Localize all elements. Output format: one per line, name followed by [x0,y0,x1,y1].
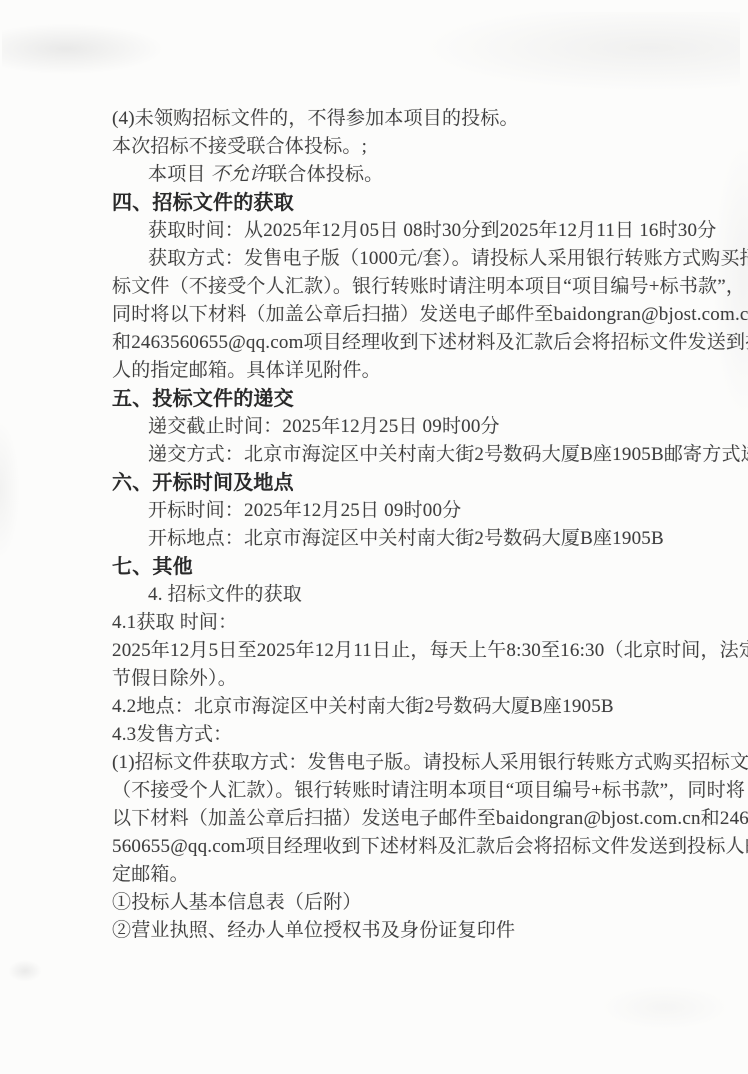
scan-noise [0,420,20,560]
emphasized-text: 不允许 [211,164,269,185]
text-line: 人的指定邮箱。具体详见附件。 [112,357,644,385]
text-line: 4.1获取 时间： [112,609,644,637]
text-line: 本项目 不允许联合体投标。 [112,161,644,189]
section-heading: 四、招标文件的获取 [112,189,644,217]
text-line: 递交截止时间：2025年12月25日 09时00分 [112,413,644,441]
scanned-document-page: (4)未领购招标文件的，不得参加本项目的投标。本次招标不接受联合体投标。;本项目… [0,0,748,1074]
text-line: 同时将以下材料（加盖公章后扫描）发送电子邮件至baidongran@bjost.… [112,301,644,329]
text-line: 和2463560655@qq.com项目经理收到下述材料及汇款后会将招标文件发送… [112,329,644,357]
section-heading: 七、其他 [112,553,644,581]
text-line: 本次招标不接受联合体投标。; [112,133,644,161]
text-line: 4. 招标文件的获取 [112,581,644,609]
document-body: (4)未领购招标文件的，不得参加本项目的投标。本次招标不接受联合体投标。;本项目… [112,105,644,945]
text-line: 以下材料（加盖公章后扫描）发送电子邮件至baidongran@bjost.com… [112,805,644,833]
text-line: 开标地点：北京市海淀区中关村南大街2号数码大厦B座1905B [112,525,644,553]
text-line: （不接受个人汇款）。银行转账时请注明本项目“项目编号+标书款”，同时将 [112,777,644,805]
text-line: 获取时间：从2025年12月05日 08时30分到2025年12月11日 16时… [112,217,644,245]
section-heading: 六、开标时间及地点 [112,469,644,497]
text-line: 获取方式：发售电子版（1000元/套）。请投标人采用银行转账方式购买招 [112,245,644,273]
text-line: 4.2地点：北京市海淀区中关村南大街2号数码大厦B座1905B [112,693,644,721]
scan-noise [420,12,740,92]
scan-noise [8,960,42,982]
text-line: 2025年12月5日至2025年12月11日止，每天上午8:30至16:30（北… [112,637,644,665]
text-line: 标文件（不接受个人汇款）。银行转账时请注明本项目“项目编号+标书款”， [112,273,644,301]
text-line: 4.3发售方式： [112,721,644,749]
scan-noise [2,24,162,74]
text-run: 本项目 [148,164,211,185]
text-line: 节假日除外）。 [112,665,644,693]
text-run: 联合体投标。 [268,164,383,185]
text-line: ②营业执照、经办人单位授权书及身份证复印件 [112,917,644,945]
text-line: (4)未领购招标文件的，不得参加本项目的投标。 [112,105,644,133]
text-line: 定邮箱。 [112,861,644,889]
text-line: 开标时间：2025年12月25日 09时00分 [112,497,644,525]
text-line: 560655@qq.com项目经理收到下述材料及汇款后会将招标文件发送到投标人的… [112,833,644,861]
scan-noise [600,985,730,1030]
text-line: 递交方式：北京市海淀区中关村南大街2号数码大厦B座1905B邮寄方式递交 [112,441,644,469]
text-line: (1)招标文件获取方式：发售电子版。请投标人采用银行转账方式购买招标文件 [112,749,644,777]
text-line: ①投标人基本信息表（后附） [112,889,644,917]
section-heading: 五、投标文件的递交 [112,385,644,413]
